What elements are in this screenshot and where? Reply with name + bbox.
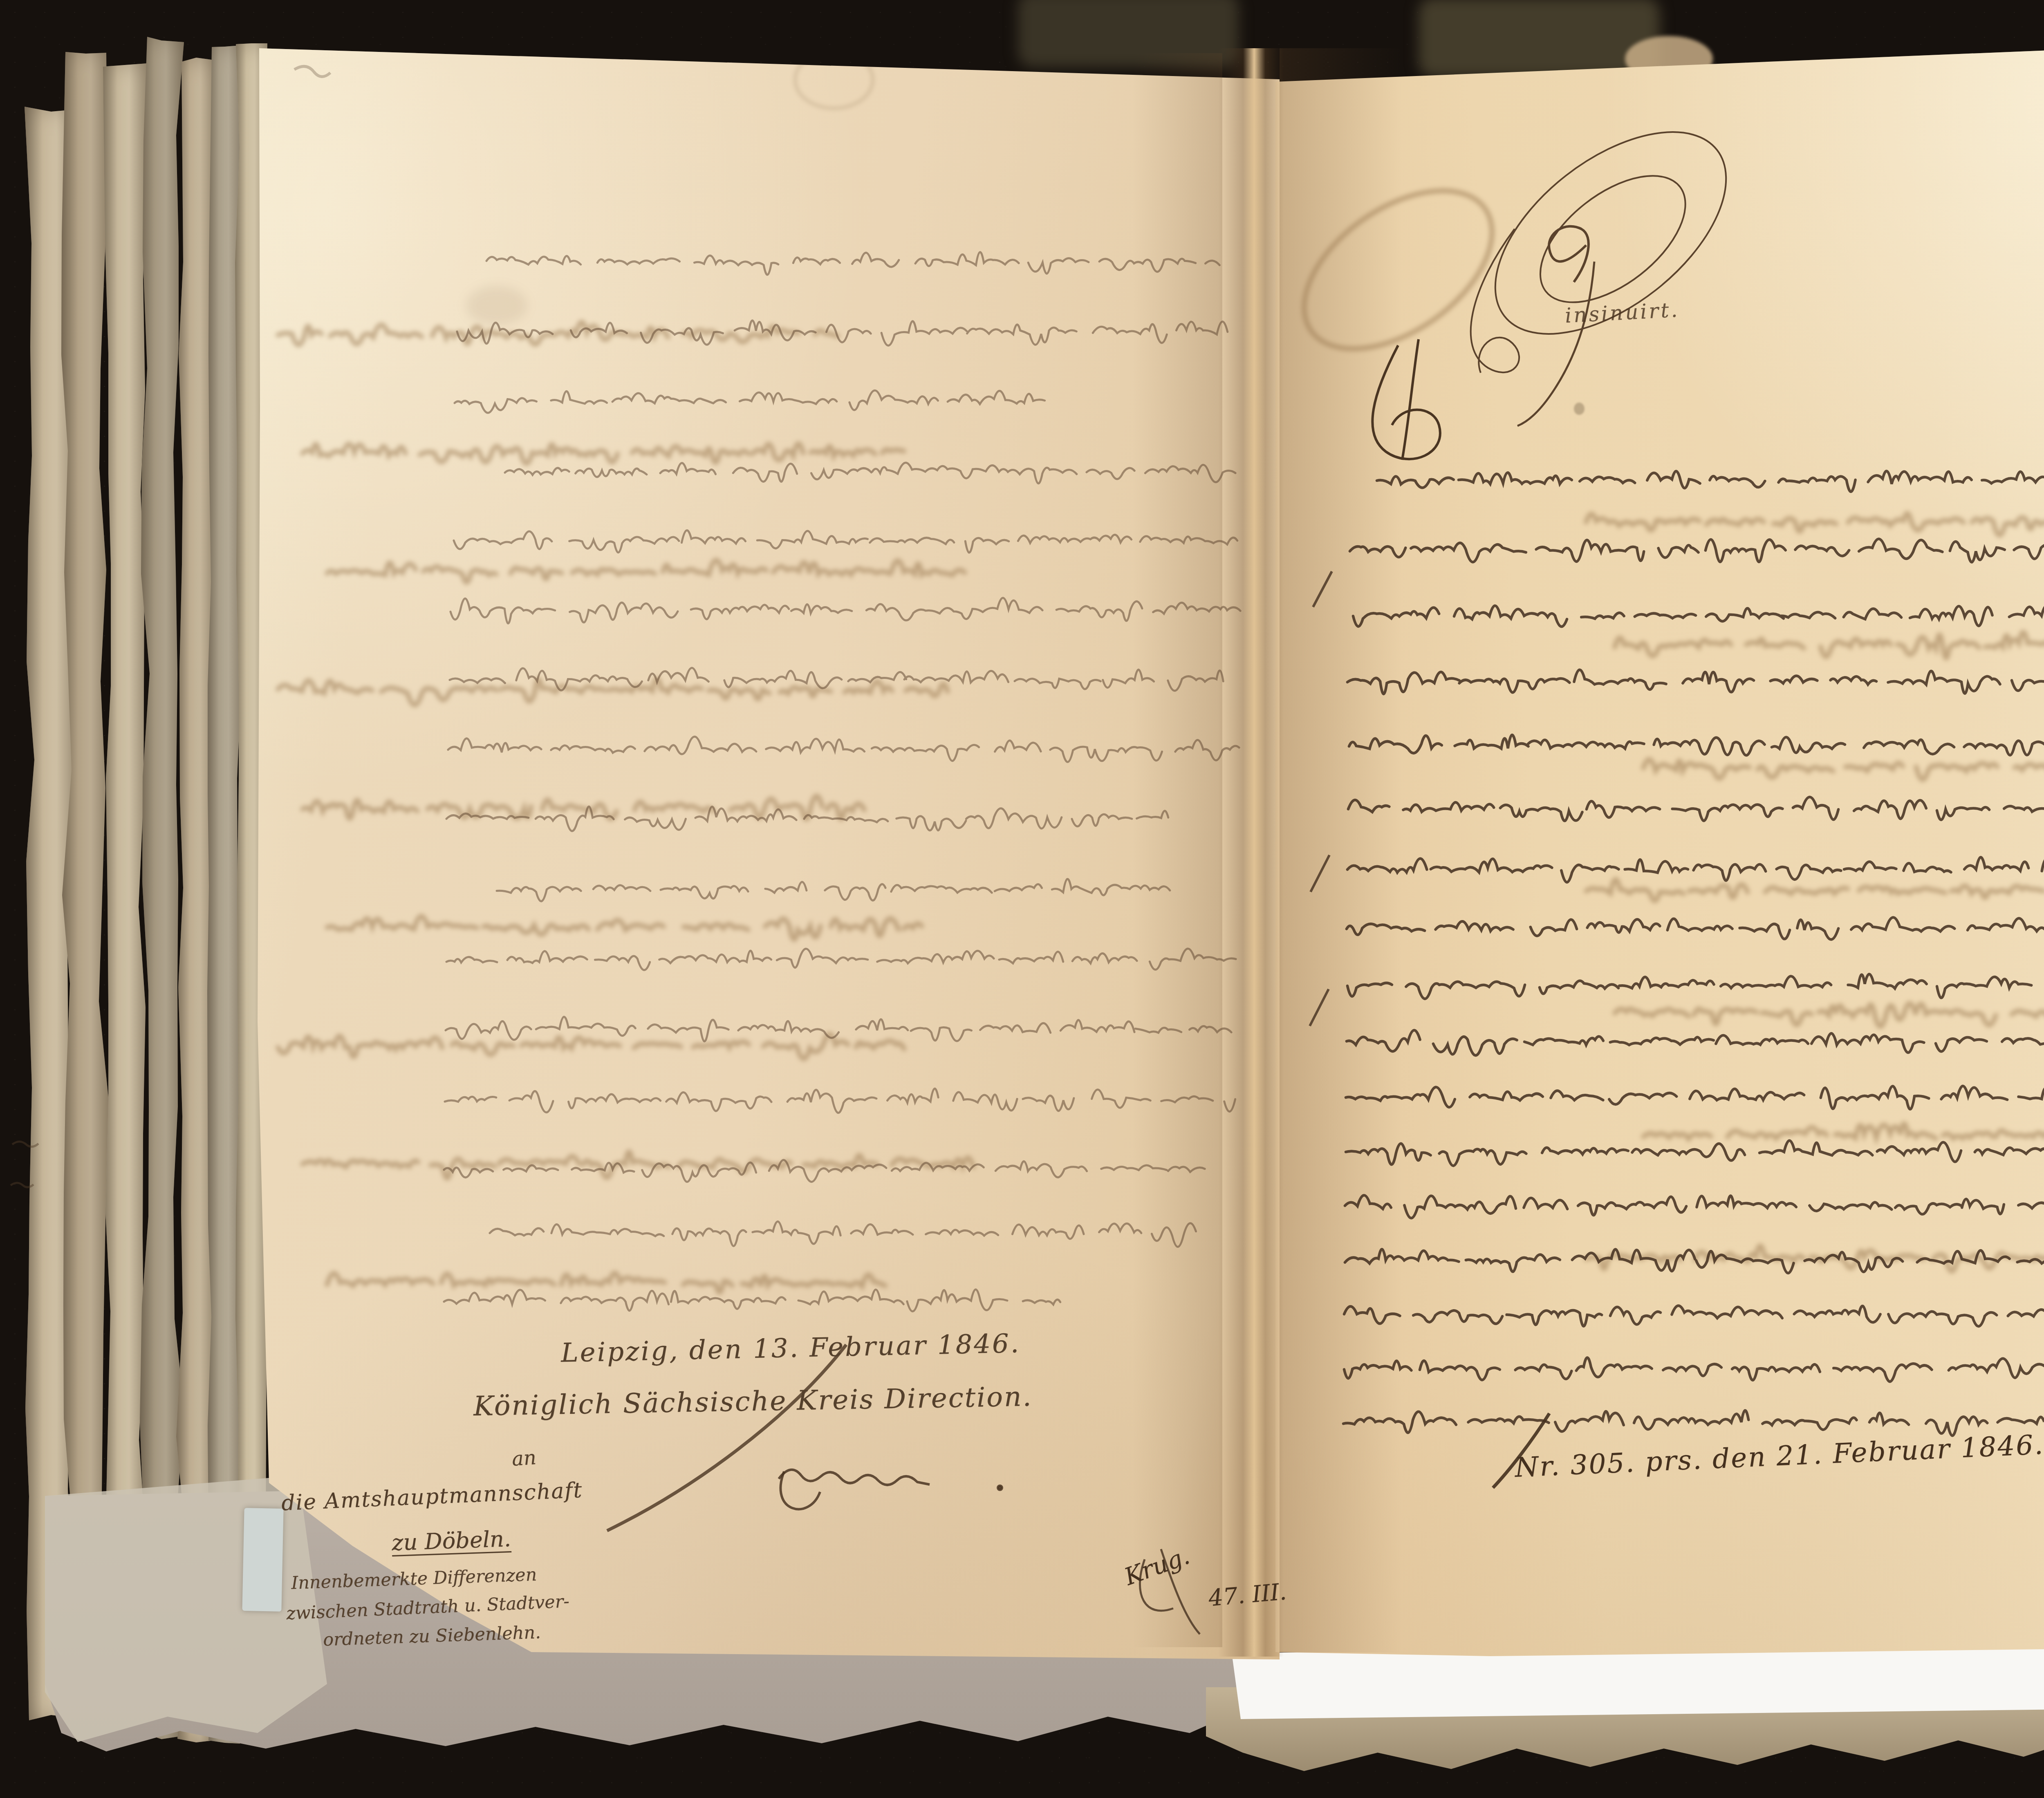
script-line <box>1346 1086 2044 1109</box>
foredge-ink-marks <box>11 192 2044 1187</box>
script-line <box>454 531 1237 553</box>
script-line <box>444 1160 1205 1182</box>
handwriting-overlay <box>0 0 2044 1798</box>
script-line <box>444 1290 1060 1312</box>
script-line <box>450 598 1240 623</box>
script-line <box>455 390 1045 413</box>
salutation: an <box>511 1446 537 1471</box>
script-line <box>1343 1411 2044 1436</box>
script-line <box>497 879 1170 902</box>
closing-flourish-slash <box>607 1345 846 1531</box>
margin-slash-marks <box>1310 571 1332 1026</box>
script-line <box>446 806 1168 831</box>
script-line <box>1347 974 2044 999</box>
script-line <box>450 668 1223 691</box>
script-line <box>490 1222 1196 1247</box>
script-line <box>1347 917 2044 939</box>
script-line <box>1345 1249 2044 1273</box>
script-line <box>486 252 1219 275</box>
script-line <box>1377 471 2044 492</box>
script-line <box>1345 1195 2044 1218</box>
script-line <box>1350 539 2044 562</box>
script-line <box>1344 1305 2044 1326</box>
script-line <box>446 1017 1231 1041</box>
script-line <box>1353 606 2044 627</box>
script-line <box>1347 670 2044 694</box>
addressee-line-2: zu Döbeln. <box>391 1526 511 1556</box>
script-line <box>1346 1141 2044 1166</box>
script-line <box>457 320 1228 345</box>
script-line <box>448 737 1239 762</box>
script-line <box>1349 735 2044 755</box>
script-line <box>1348 797 2044 821</box>
script-line <box>446 949 1236 970</box>
archival-manuscript-scan: 144. 5. Leipzig, den 13. Februar 1846. K… <box>0 0 2044 1798</box>
calligraphic-flourish-initial <box>1459 93 1762 426</box>
script-line <box>1347 1030 2044 1056</box>
script-line <box>1344 1357 2044 1382</box>
ghost-page-number-mark <box>294 66 330 76</box>
calligraphic-flourish-paragraph <box>1372 339 1440 460</box>
script-line <box>1347 857 2044 882</box>
script-line <box>505 463 1235 484</box>
signature-flourish <box>779 1470 1002 1509</box>
script-line <box>445 1088 1235 1113</box>
